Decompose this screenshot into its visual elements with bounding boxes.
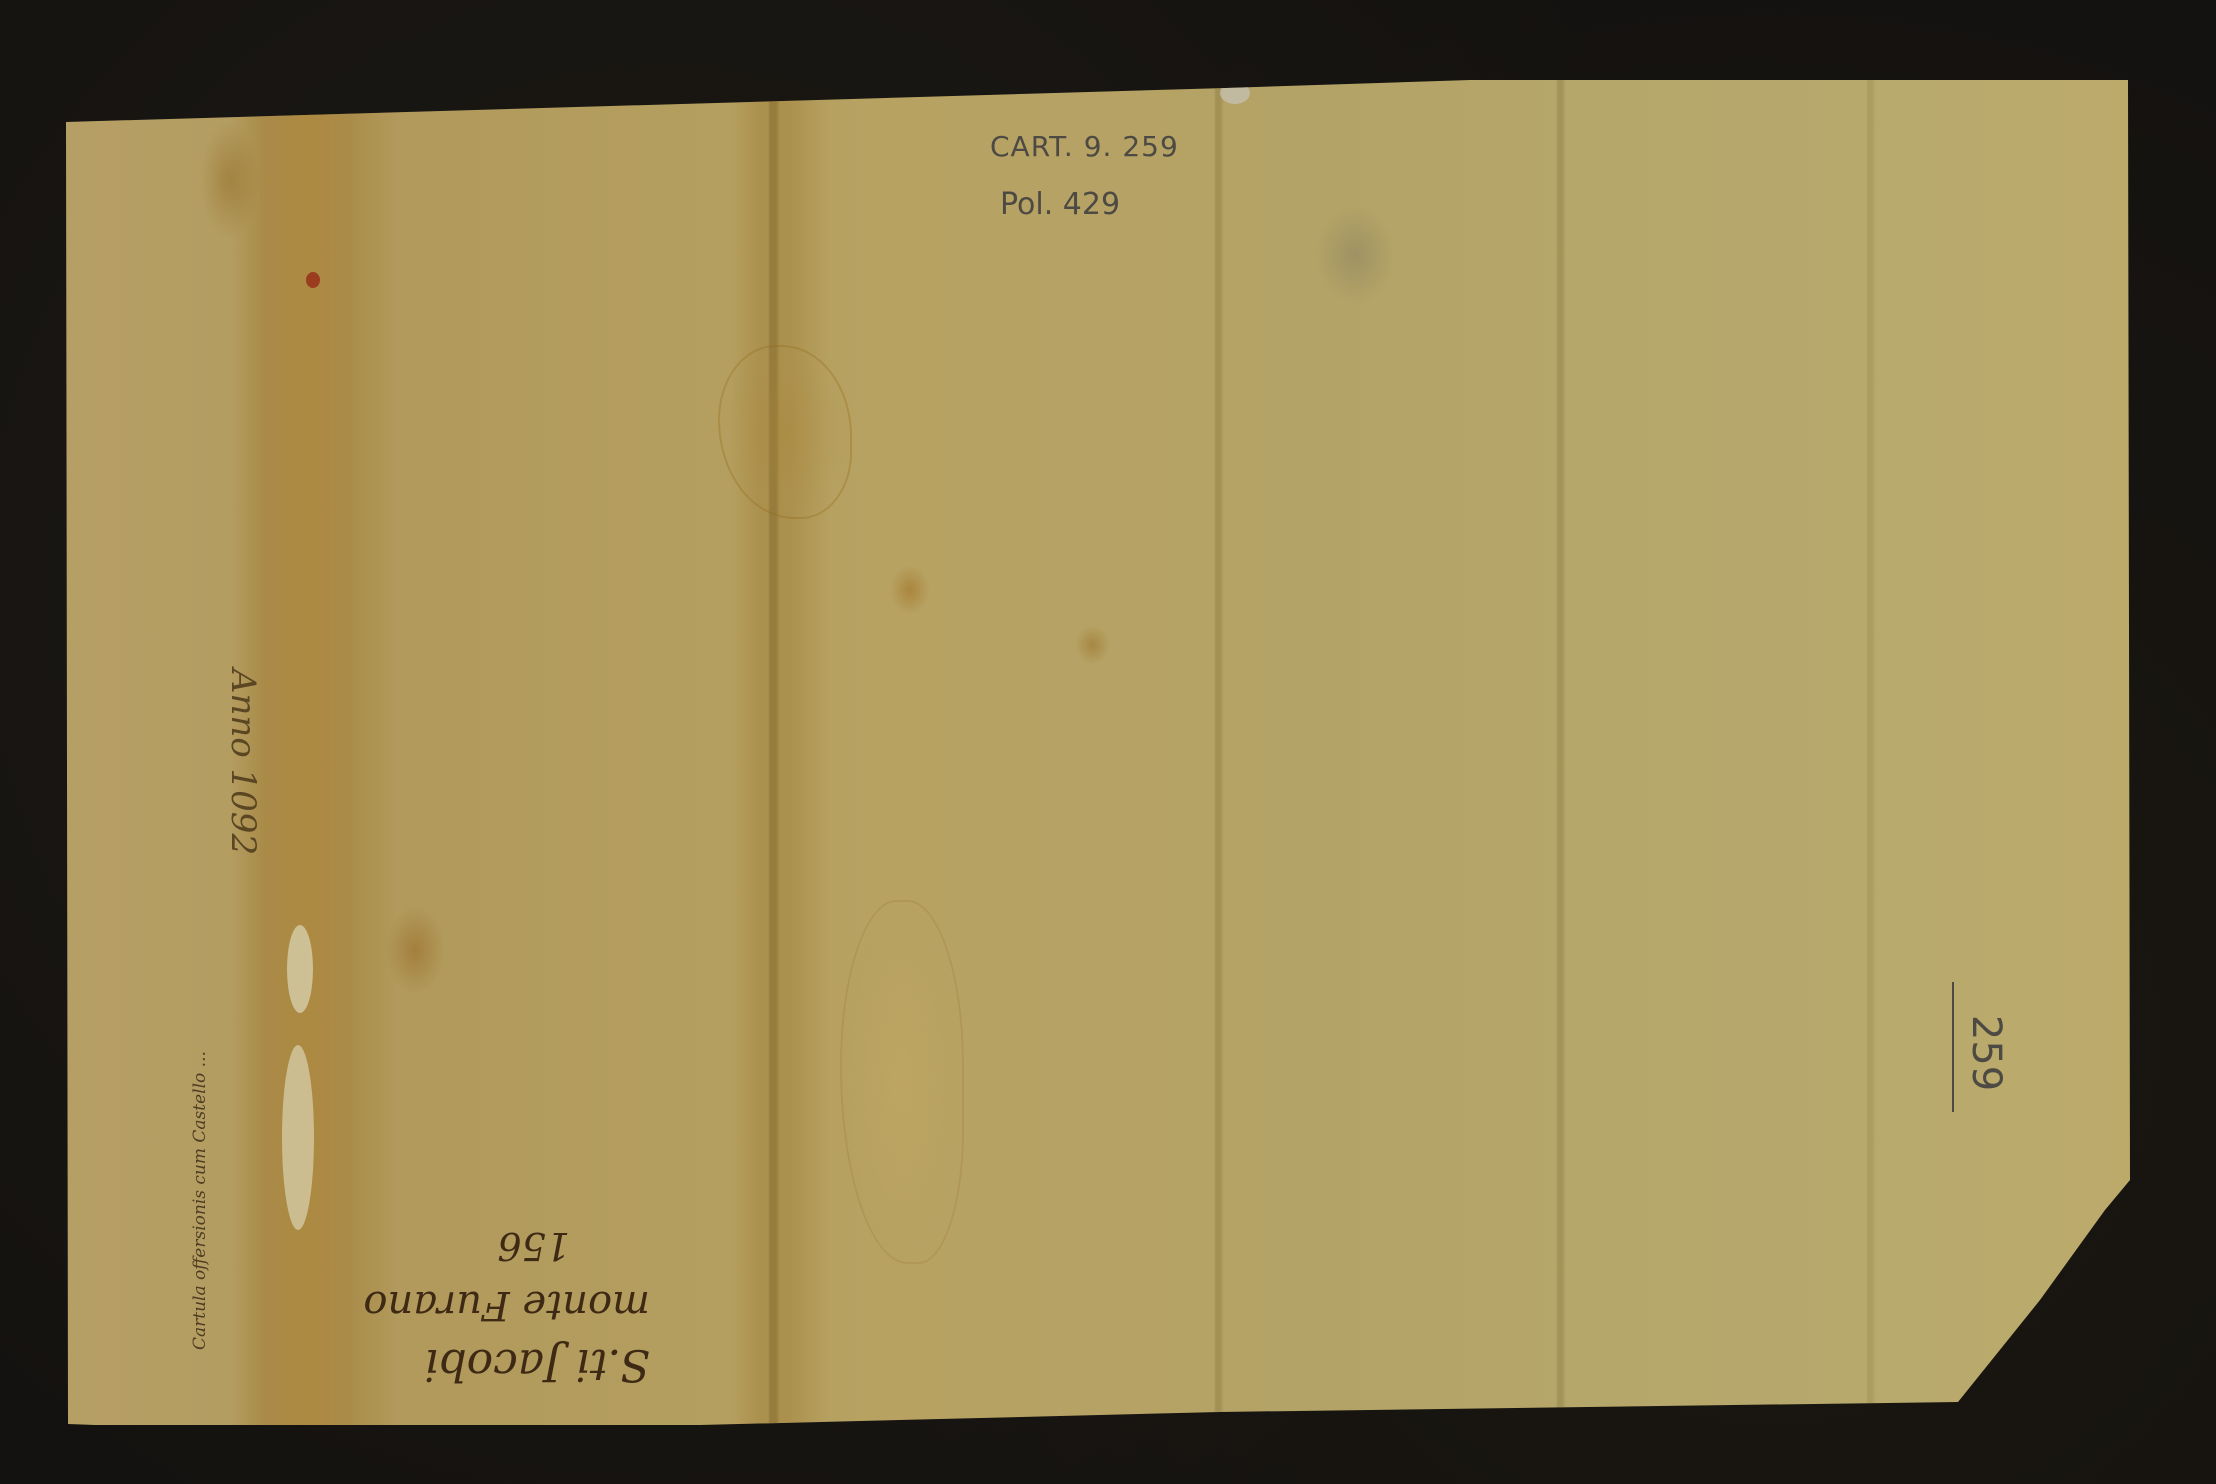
stain-top-left-drip: [200, 120, 260, 240]
stain-grey-smudge: [1315, 205, 1395, 305]
wear-patch-2: [282, 1045, 314, 1230]
endorsement-number: 156: [497, 1224, 570, 1268]
parchment-sheet: [0, 0, 2216, 1484]
year-note: Anno 1092: [223, 669, 263, 855]
endorsement-line1: S.ti Jacobi: [424, 1339, 650, 1390]
stain-water-mark-upper: [718, 345, 852, 519]
sheet-number: 259: [1963, 1015, 2009, 1091]
stain-spot-mid2: [1075, 625, 1110, 665]
wear-patch-1: [287, 925, 313, 1013]
endorsement-line2: monte Furano: [363, 1282, 650, 1328]
endorsement-block: S.ti Jacobi monte Furano 156: [380, 1200, 680, 1400]
sheet-number-underline: [1952, 982, 1954, 1112]
archive-ref-line2: Pol. 429: [1000, 187, 1120, 222]
stain-left-blotch: [385, 905, 445, 995]
stain-spot-mid: [890, 565, 930, 615]
archive-ref-line1: CART. 9. 259: [990, 130, 1179, 163]
stain-water-mark-lower: [840, 900, 964, 1264]
side-note: Cartula offersionis cum Castello ...: [190, 910, 210, 1350]
stain-red-dot: [306, 272, 320, 288]
